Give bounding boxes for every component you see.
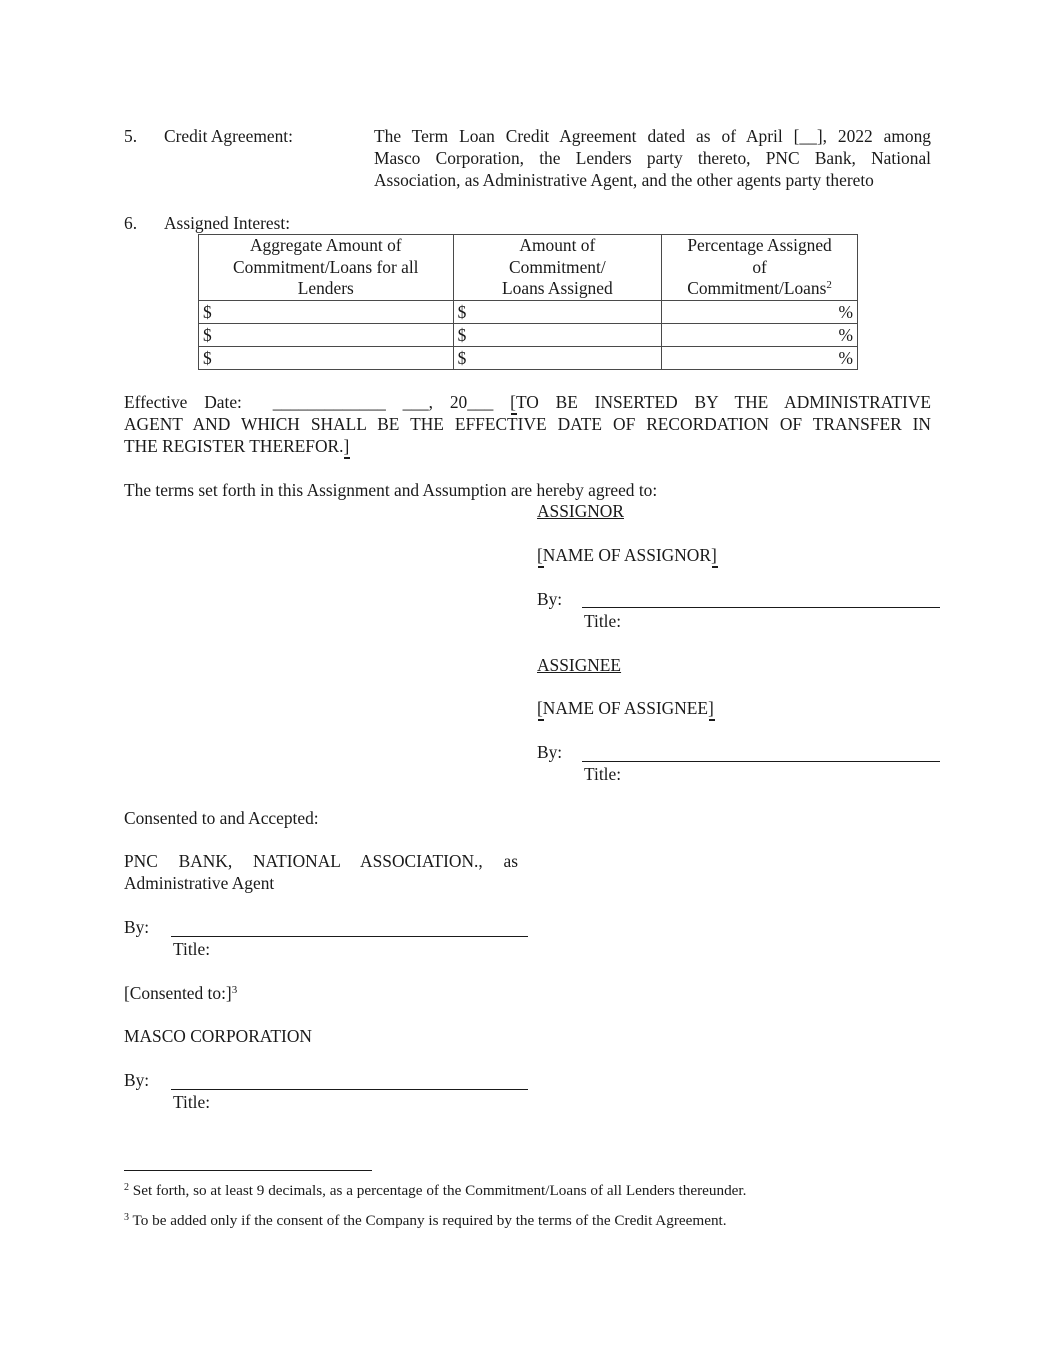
table-row: $ $ % <box>199 323 858 346</box>
company-title-label: Title: <box>173 1091 210 1113</box>
effective-date-note: TO BE INSERTED BY THE ADMINISTRATIVE <box>516 392 931 412</box>
header-line: Amount of <box>458 235 658 257</box>
header-line: Percentage Assigned <box>666 235 853 257</box>
assignor-title-label: Title: <box>584 610 621 632</box>
section-5-number: 5. <box>124 125 137 147</box>
footnote-ref: 2 <box>826 279 832 291</box>
company-signature-line[interactable] <box>171 1089 528 1090</box>
footnote-ref: 3 <box>232 984 238 996</box>
section-6-label: Assigned Interest: <box>164 212 290 234</box>
agent-name-line-2: Administrative Agent <box>124 872 518 894</box>
assignor-by-label: By: <box>537 588 562 610</box>
company-consent-heading: [Consented to:]3 <box>124 982 237 1004</box>
credit-agreement-line: The Term Loan Credit Agreement dated as … <box>374 125 931 147</box>
company-consent-text: [Consented to:] <box>124 983 232 1003</box>
cell-percentage[interactable]: % <box>662 323 858 346</box>
effective-date-line-2: AGENT AND WHICH SHALL BE THE EFFECTIVE D… <box>124 413 931 435</box>
section-5-label: Credit Agreement: <box>164 125 293 147</box>
company-by-label: By: <box>124 1069 149 1091</box>
company-name: MASCO CORPORATION <box>124 1025 312 1047</box>
assignee-name[interactable]: [NAME OF ASSIGNEE] <box>537 697 714 719</box>
agent-signature-line[interactable] <box>171 936 528 937</box>
assignor-heading: ASSIGNOR <box>537 500 624 522</box>
table-row: $ $ % <box>199 300 858 323</box>
cell-assigned[interactable]: $ <box>453 346 662 369</box>
consent-heading: Consented to and Accepted: <box>124 807 319 829</box>
agent-title-label: Title: <box>173 938 210 960</box>
header-line: Loans Assigned <box>458 278 658 300</box>
bracket-open: [ <box>510 391 516 413</box>
footnote-text: Set forth, so at least 9 decimals, as a … <box>133 1182 747 1199</box>
table-header-row: Aggregate Amount of Commitment/Loans for… <box>199 235 858 301</box>
header-line: Aggregate Amount of <box>203 235 449 257</box>
agent-name-line-1: PNC BANK, NATIONAL ASSOCIATION., as <box>124 850 518 872</box>
table-row: $ $ % <box>199 346 858 369</box>
footnote-text: To be added only if the consent of the C… <box>133 1212 727 1229</box>
footnote-2: 2 Set forth, so at least 9 decimals, as … <box>124 1182 746 1200</box>
cell-aggregate[interactable]: $ <box>199 323 454 346</box>
footnote-separator <box>124 1170 372 1171</box>
assignee-by-label: By: <box>537 741 562 763</box>
cell-percentage[interactable]: % <box>662 346 858 369</box>
footnote-number: 3 <box>124 1212 129 1223</box>
effective-date-note-end: THE REGISTER THEREFOR. <box>124 436 343 456</box>
effective-date-blank[interactable]: _____________ ___, 20___ <box>273 392 494 412</box>
header-line: Commitment/ <box>458 257 658 279</box>
cell-percentage[interactable]: % <box>662 300 858 323</box>
header-line: of <box>666 257 853 279</box>
cell-aggregate[interactable]: $ <box>199 300 454 323</box>
assigned-interest-table: Aggregate Amount of Commitment/Loans for… <box>198 234 858 370</box>
assignee-signature-line[interactable] <box>582 761 940 762</box>
assignor-name-text: NAME OF ASSIGNOR <box>543 545 711 565</box>
effective-date-line-1: Effective Date: _____________ ___, 20___… <box>124 391 931 413</box>
bracket-close: ] <box>343 435 349 457</box>
header-line: Commitment/Loans for all <box>203 257 449 279</box>
cell-aggregate[interactable]: $ <box>199 346 454 369</box>
effective-date-label: Effective Date: <box>124 392 242 412</box>
assignor-signature-line[interactable] <box>582 607 940 608</box>
cell-assigned[interactable]: $ <box>453 323 662 346</box>
header-percentage-assigned: Percentage Assigned of Commitment/Loans2 <box>662 235 858 301</box>
bracket-open: [ <box>537 697 543 719</box>
header-line: Commitment/Loans2 <box>666 278 853 300</box>
header-amount-assigned: Amount of Commitment/ Loans Assigned <box>453 235 662 301</box>
assignee-name-text: NAME OF ASSIGNEE <box>543 698 708 718</box>
agent-by-label: By: <box>124 916 149 938</box>
credit-agreement-line: Masco Corporation, the Lenders party the… <box>374 147 931 169</box>
bracket-close: ] <box>708 697 714 719</box>
cell-assigned[interactable]: $ <box>453 300 662 323</box>
header-line: Lenders <box>203 278 449 300</box>
assignee-title-label: Title: <box>584 763 621 785</box>
footnote-3: 3 To be added only if the consent of the… <box>124 1212 727 1230</box>
assignor-name[interactable]: [NAME OF ASSIGNOR] <box>537 544 717 566</box>
credit-agreement-line: Association, as Administrative Agent, an… <box>374 169 931 191</box>
credit-agreement-description: The Term Loan Credit Agreement dated as … <box>374 125 931 191</box>
bracket-open: [ <box>537 544 543 566</box>
agreement-statement: The terms set forth in this Assignment a… <box>124 479 657 501</box>
footnote-number: 2 <box>124 1182 129 1193</box>
agent-name-block: PNC BANK, NATIONAL ASSOCIATION., as Admi… <box>124 850 518 894</box>
header-line-text: Commitment/Loans <box>687 278 826 298</box>
effective-date-block: Effective Date: _____________ ___, 20___… <box>124 391 931 457</box>
bracket-close: ] <box>711 544 717 566</box>
assignee-heading: ASSIGNEE <box>537 654 621 676</box>
effective-date-line-3: THE REGISTER THEREFOR.] <box>124 435 931 457</box>
section-6-number: 6. <box>124 212 137 234</box>
header-aggregate-amount: Aggregate Amount of Commitment/Loans for… <box>199 235 454 301</box>
